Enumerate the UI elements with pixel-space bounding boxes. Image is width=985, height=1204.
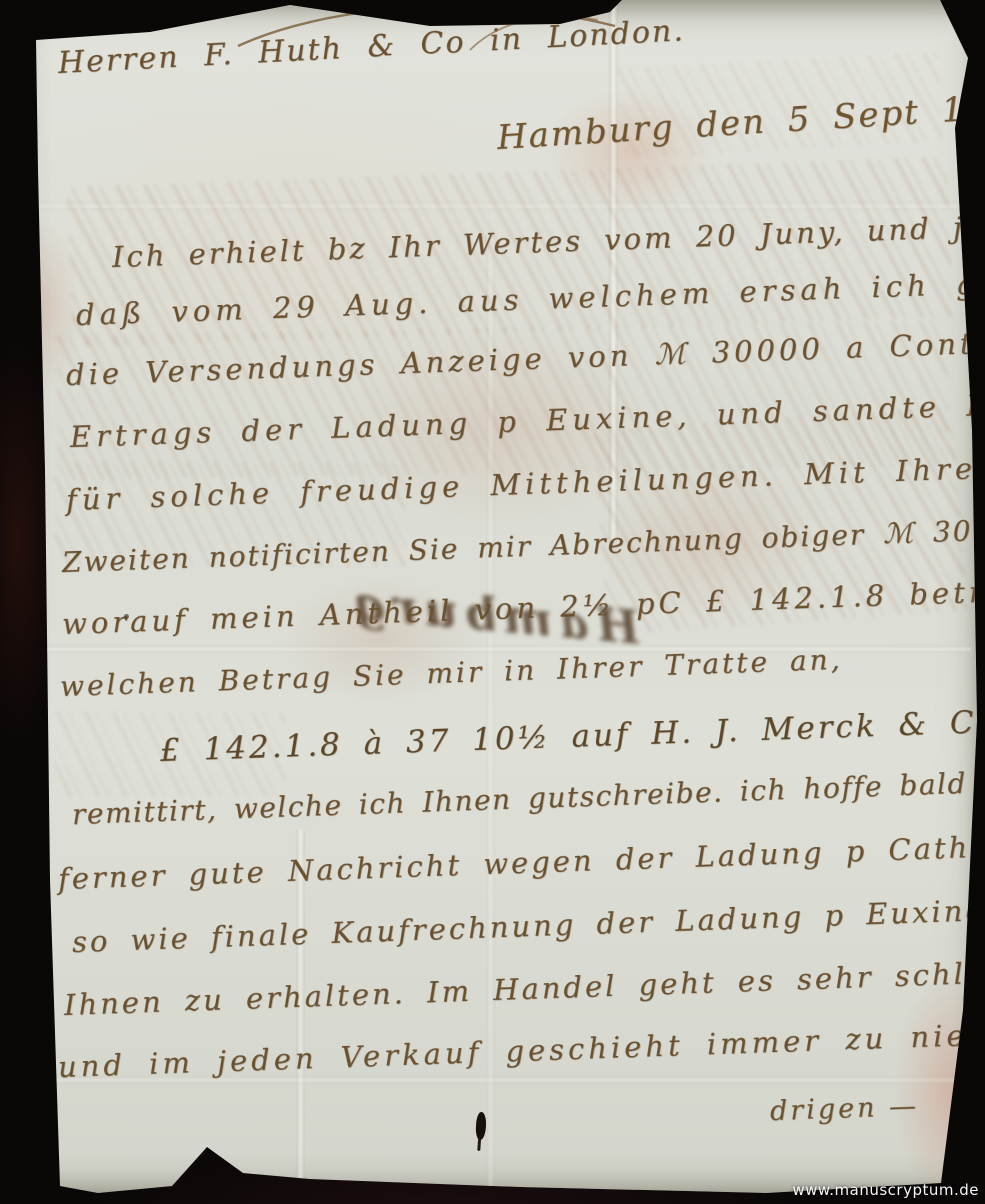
ink-speck xyxy=(38,478,44,486)
body-line: ferner gute Nachricht wegen der Ladung p… xyxy=(57,827,985,896)
watermark: www.manuscryptum.de xyxy=(792,1181,979,1199)
ink-speck xyxy=(124,614,129,619)
body-line: so wie finale Kaufrechnung der Ladung p … xyxy=(71,890,985,959)
body-line: und im jeden Verkauf geschieht immer zu … xyxy=(57,1016,985,1084)
catchword-line: drigen — xyxy=(769,1091,919,1127)
letter-paper: Hamburg Herren F. Huth & Co in London. H… xyxy=(0,0,985,1204)
photo-background: Hamburg Herren F. Huth & Co in London. H… xyxy=(0,0,985,1204)
ink-flourish xyxy=(230,0,630,52)
body-line: Ihnen zu erhalten. Im Handel geht es seh… xyxy=(63,954,985,1022)
